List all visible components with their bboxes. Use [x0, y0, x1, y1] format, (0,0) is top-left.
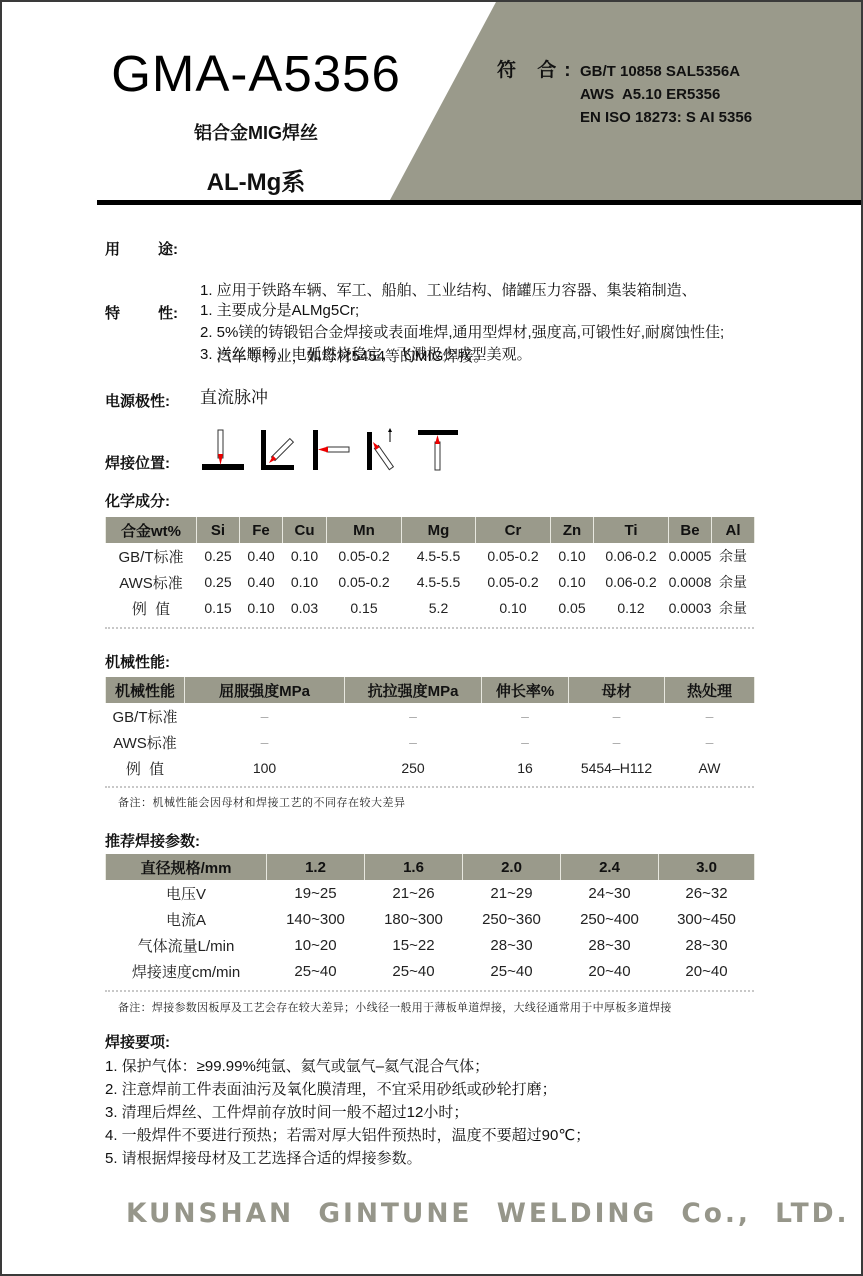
product-name: 铝合金MIG焊丝 — [96, 119, 416, 145]
col-header: Si — [197, 517, 240, 543]
col-header: Mn — [327, 517, 402, 543]
cell: 19~25 — [267, 880, 365, 906]
chemistry-dotted-divider — [105, 627, 754, 629]
cell: 250~400 — [561, 906, 659, 932]
row-label: AWS标准 — [106, 729, 185, 755]
cell: AW — [665, 755, 755, 781]
row-label: 焊接速度cm/min — [106, 958, 267, 984]
usage-label-b: 途: — [158, 238, 178, 259]
standards-list: GB/T 10858 SAL5356A AWS A5.10 ER5356 EN … — [580, 60, 752, 129]
col-header: 2.4 — [561, 854, 659, 880]
cell: 25~40 — [267, 958, 365, 984]
col-header: 母材 — [569, 677, 665, 703]
product-code: GMA-A5356 — [96, 44, 416, 104]
features-label-b: 性: — [158, 302, 178, 323]
cell: 0.10 — [551, 543, 594, 569]
col-header: 3.0 — [659, 854, 755, 880]
col-header: Be — [669, 517, 712, 543]
cell: 21~29 — [463, 880, 561, 906]
row-label: AWS标准 — [106, 569, 197, 595]
col-header: Cu — [283, 517, 327, 543]
cell: – — [482, 703, 569, 729]
cell: 20~40 — [561, 958, 659, 984]
col-header: Zn — [551, 517, 594, 543]
tip-item: 2. 注意焊前工件表面油污及氧化膜清理，不宜采用砂纸或砂轮打磨； — [105, 1078, 590, 1101]
cell: 0.05-0.2 — [327, 543, 402, 569]
cell: 0.0008 — [669, 569, 712, 595]
col-header: 热处理 — [665, 677, 755, 703]
cell: 0.25 — [197, 569, 240, 595]
cell: 0.15 — [197, 595, 240, 621]
table-row: AWS标准 0.25 0.40 0.10 0.05-0.2 4.5-5.5 0.… — [106, 569, 755, 595]
feature-line: 2. 5%镁的铸锻铝合金焊接或表面堆焊,通用型焊材,强度高,可锻性好,耐腐蚀性佳… — [200, 322, 724, 344]
cell: – — [345, 729, 482, 755]
cell: – — [665, 729, 755, 755]
cell: 28~30 — [561, 932, 659, 958]
flat-position-icon — [200, 428, 246, 472]
cell: 0.06-0.2 — [594, 569, 669, 595]
header-divider — [97, 200, 861, 205]
cell: – — [185, 703, 345, 729]
cell: 300~450 — [659, 906, 755, 932]
weld-position-icons — [200, 428, 470, 472]
cell: – — [665, 703, 755, 729]
cell: 0.10 — [551, 569, 594, 595]
parameters-dotted-divider — [105, 990, 754, 992]
cell: 0.10 — [240, 595, 283, 621]
cell: 0.06-0.2 — [594, 543, 669, 569]
overhead-position-icon — [416, 428, 460, 472]
cell: 余量 — [712, 543, 755, 569]
standard-en-iso: EN ISO 18273: S AI 5356 — [580, 106, 752, 129]
mechanical-note: 备注：机械性能会因母材和焊接工艺的不同存在较大差异 — [118, 794, 406, 810]
table-row: GB/T标准 – – – – – — [106, 703, 755, 729]
table-row: 电流A 140~300 180~300 250~360 250~400 300~… — [106, 906, 755, 932]
usage-line: 1. 应用于铁路车辆、军工、船舶、工业结构、储罐压力容器、集装箱制造、 — [200, 280, 697, 302]
cell: 0.05 — [551, 595, 594, 621]
features-label-a: 特 — [105, 302, 120, 323]
table-row: 例 值 0.15 0.10 0.03 0.15 5.2 0.10 0.05 0.… — [106, 595, 755, 621]
mechanical-title: 机械性能: — [105, 651, 170, 672]
product-series: AL-Mg系 — [96, 162, 416, 197]
cell: 0.15 — [327, 595, 402, 621]
chemistry-table: 合金wt% Si Fe Cu Mn Mg Cr Zn Ti Be Al GB/T… — [105, 517, 755, 621]
cell: 100 — [185, 755, 345, 781]
cell: 0.12 — [594, 595, 669, 621]
parameters-note: 备注：焊接参数因板厚及工艺会存在较大差异；小线径一般用于薄板单道焊接，大线径通常… — [118, 999, 672, 1015]
polarity-value: 直流脉冲 — [200, 387, 268, 409]
row-label: 气体流量L/min — [106, 932, 267, 958]
cell: 0.0005 — [669, 543, 712, 569]
cell: 16 — [482, 755, 569, 781]
table-row: AWS标准 – – – – – — [106, 729, 755, 755]
horizontal-position-icon — [312, 428, 352, 472]
cell: 25~40 — [463, 958, 561, 984]
mechanical-dotted-divider — [105, 786, 754, 788]
col-header: 1.6 — [365, 854, 463, 880]
vertical-up-icon — [366, 428, 406, 472]
cell: 140~300 — [267, 906, 365, 932]
cell: 0.05-0.2 — [476, 569, 551, 595]
cell: 28~30 — [659, 932, 755, 958]
parameters-table: 直径规格/mm 1.2 1.6 2.0 2.4 3.0 电压V 19~25 21… — [105, 854, 755, 984]
cell: 4.5-5.5 — [402, 569, 476, 595]
col-header: 直径规格/mm — [106, 854, 267, 880]
cell: 250~360 — [463, 906, 561, 932]
standard-gbt: GB/T 10858 SAL5356A — [580, 60, 752, 83]
table-row: 焊接速度cm/min 25~40 25~40 25~40 20~40 20~40 — [106, 958, 755, 984]
cell: – — [482, 729, 569, 755]
chemistry-title: 化学成分: — [105, 490, 170, 511]
cell: 余量 — [712, 595, 755, 621]
horizontal-fillet-icon — [260, 428, 300, 472]
cell: 28~30 — [463, 932, 561, 958]
tip-item: 1. 保护气体：≥99.99%纯氩、氦气或氩气–氦气混合气体； — [105, 1055, 590, 1078]
cell: 0.0003 — [669, 595, 712, 621]
cell: 0.05-0.2 — [476, 543, 551, 569]
table-row: 电压V 19~25 21~26 21~29 24~30 26~32 — [106, 880, 755, 906]
cell: – — [345, 703, 482, 729]
row-label: GB/T标准 — [106, 703, 185, 729]
cell: 4.5-5.5 — [402, 543, 476, 569]
mechanical-table: 机械性能 屈服强度MPa 抗拉强度MPa 伸长率% 母材 热处理 GB/T标准 … — [105, 677, 755, 781]
chemistry-header-row: 合金wt% Si Fe Cu Mn Mg Cr Zn Ti Be Al — [106, 517, 755, 543]
cell: 180~300 — [365, 906, 463, 932]
tips-title: 焊接要项: — [105, 1031, 170, 1052]
col-header: Mg — [402, 517, 476, 543]
cell: 250 — [345, 755, 482, 781]
parameters-header-row: 直径规格/mm 1.2 1.6 2.0 2.4 3.0 — [106, 854, 755, 880]
col-header: Fe — [240, 517, 283, 543]
col-header: 抗拉强度MPa — [345, 677, 482, 703]
col-header: 合金wt% — [106, 517, 197, 543]
cell: 0.40 — [240, 569, 283, 595]
col-header: Al — [712, 517, 755, 543]
cell: 0.03 — [283, 595, 327, 621]
cell: 21~26 — [365, 880, 463, 906]
tip-item: 5. 请根据焊接母材及工艺选择合适的焊接参数。 — [105, 1147, 590, 1170]
cell: 0.10 — [283, 569, 327, 595]
company-name: KUNSHAN GINTUNE WELDING Co., LTD. — [126, 1198, 849, 1229]
row-label: 电压V — [106, 880, 267, 906]
cell: 24~30 — [561, 880, 659, 906]
mechanical-header-row: 机械性能 屈服强度MPa 抗拉强度MPa 伸长率% 母材 热处理 — [106, 677, 755, 703]
col-header: 1.2 — [267, 854, 365, 880]
cell: 余量 — [712, 569, 755, 595]
cell: 0.40 — [240, 543, 283, 569]
cell: 0.10 — [283, 543, 327, 569]
row-label: 例 值 — [106, 755, 185, 781]
col-header: Cr — [476, 517, 551, 543]
cell: – — [569, 703, 665, 729]
row-label: GB/T标准 — [106, 543, 197, 569]
tip-item: 4. 一般焊件不要进行预热；若需对厚大铝件预热时，温度不要超过90℃； — [105, 1124, 590, 1147]
feature-line: 1. 主要成分是ALMg5Cr; — [200, 300, 724, 322]
tip-item: 3. 清理后焊丝、工件焊前存放时间一般不超过12小时； — [105, 1101, 590, 1124]
table-row: GB/T标准 0.25 0.40 0.10 0.05-0.2 4.5-5.5 0… — [106, 543, 755, 569]
cell: 5.2 — [402, 595, 476, 621]
cell: – — [569, 729, 665, 755]
cell: 0.10 — [476, 595, 551, 621]
row-label: 例 值 — [106, 595, 197, 621]
col-header: 屈服强度MPa — [185, 677, 345, 703]
parameters-title: 推荐焊接参数: — [105, 830, 200, 851]
standard-aws: AWS A5.10 ER5356 — [580, 83, 752, 106]
feature-line: 3. 送丝顺畅，电弧燃烧稳定，飞溅极少成型美观。 — [200, 344, 724, 366]
col-header: 伸长率% — [482, 677, 569, 703]
tips-list: 1. 保护气体：≥99.99%纯氩、氦气或氩气–氦气混合气体； 2. 注意焊前工… — [105, 1055, 590, 1170]
cell: 0.25 — [197, 543, 240, 569]
cell: 15~22 — [365, 932, 463, 958]
table-row: 气体流量L/min 10~20 15~22 28~30 28~30 28~30 — [106, 932, 755, 958]
cell: 26~32 — [659, 880, 755, 906]
col-header: Ti — [594, 517, 669, 543]
col-header: 2.0 — [463, 854, 561, 880]
row-label: 电流A — [106, 906, 267, 932]
table-row: 例 值 100 250 16 5454–H112 AW — [106, 755, 755, 781]
conform-label: 符 合: — [497, 55, 579, 82]
features-text: 1. 主要成分是ALMg5Cr; 2. 5%镁的铸锻铝合金焊接或表面堆焊,通用型… — [200, 300, 724, 366]
cell: – — [185, 729, 345, 755]
cell: 0.05-0.2 — [327, 569, 402, 595]
cell: 10~20 — [267, 932, 365, 958]
cell: 25~40 — [365, 958, 463, 984]
usage-label-a: 用 — [105, 238, 120, 259]
cell: 5454–H112 — [569, 755, 665, 781]
cell: 20~40 — [659, 958, 755, 984]
weld-position-label: 焊接位置: — [105, 452, 170, 473]
polarity-label: 电源极性: — [105, 390, 170, 411]
col-header: 机械性能 — [106, 677, 185, 703]
